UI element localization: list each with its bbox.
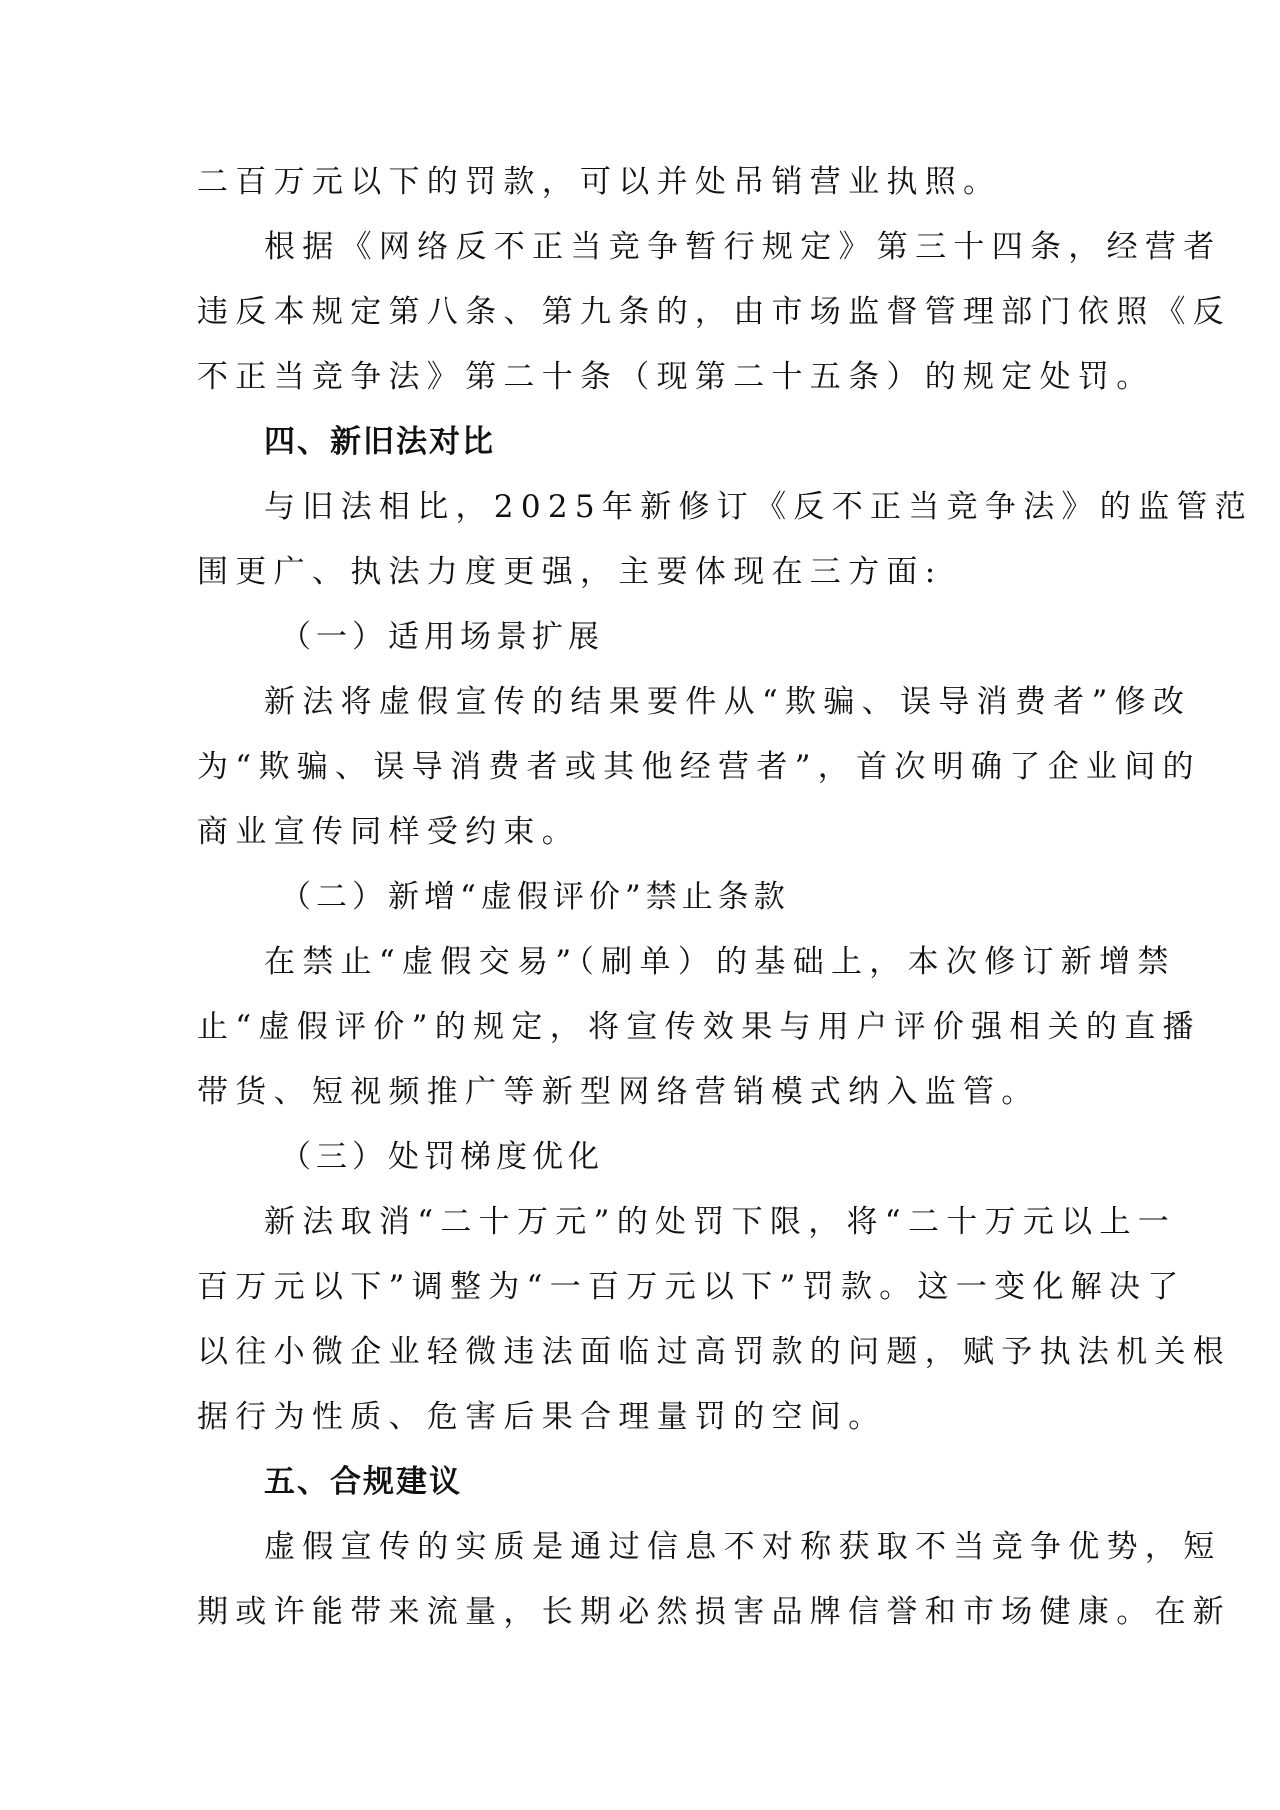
subheading-fake-reviews: （二）新增“虚假评价”禁止条款	[197, 865, 1092, 930]
text-line: 新法取消“二十万元”的处罚下限，将“二十万元以上一	[197, 1190, 1092, 1255]
text-line: 新法将虚假宣传的结果要件从“欺骗、误导消费者”修改	[197, 670, 1092, 735]
document-page: 二百万元以下的罚款，可以并处吊销营业执照。 根据《网络反不正当竞争暂行规定》第三…	[197, 150, 1092, 1645]
text-line: 二百万元以下的罚款，可以并处吊销营业执照。	[197, 150, 1092, 215]
paragraph-continuation: 二百万元以下的罚款，可以并处吊销营业执照。	[197, 150, 1092, 215]
section-heading-comparison: 四、新旧法对比	[197, 410, 1092, 475]
text-line: 为“欺骗、误导消费者或其他经营者”，首次明确了企业间的	[197, 735, 1092, 800]
text-line: 虚假宣传的实质是通过信息不对称获取不当竞争优势，短	[197, 1515, 1092, 1580]
paragraph-regulation-article-34: 根据《网络反不正当竞争暂行规定》第三十四条，经营者 违反本规定第八条、第九条的，…	[197, 215, 1092, 410]
text-line: 围更广、执法力度更强，主要体现在三方面:	[197, 540, 1092, 605]
text-line: 带货、短视频推广等新型网络营销模式纳入监管。	[197, 1060, 1092, 1125]
section-heading-compliance: 五、合规建议	[197, 1450, 1092, 1515]
paragraph-penalty-optimization: 新法取消“二十万元”的处罚下限，将“二十万元以上一 百万元以下”调整为“一百万元…	[197, 1190, 1092, 1450]
text-line: 商业宣传同样受约束。	[197, 800, 1092, 865]
text-line: 据行为性质、危害后果合理量罚的空间。	[197, 1385, 1092, 1450]
text-line: 根据《网络反不正当竞争暂行规定》第三十四条，经营者	[197, 215, 1092, 280]
text-line: 与旧法相比，2025年新修订《反不正当竞争法》的监管范	[197, 475, 1092, 540]
paragraph-scope-expansion: 新法将虚假宣传的结果要件从“欺骗、误导消费者”修改 为“欺骗、误导消费者或其他经…	[197, 670, 1092, 865]
text-line: 百万元以下”调整为“一百万元以下”罚款。这一变化解决了	[197, 1255, 1092, 1320]
text-line: 在禁止“虚假交易”（刷单）的基础上，本次修订新增禁	[197, 930, 1092, 995]
paragraph-fake-reviews: 在禁止“虚假交易”（刷单）的基础上，本次修订新增禁 止“虚假评价”的规定，将宣传…	[197, 930, 1092, 1125]
text-line: 期或许能带来流量，长期必然损害品牌信誉和市场健康。在新	[197, 1580, 1092, 1645]
paragraph-comparison-intro: 与旧法相比，2025年新修订《反不正当竞争法》的监管范 围更广、执法力度更强，主…	[197, 475, 1092, 605]
subheading-penalty-optimization: （三）处罚梯度优化	[197, 1125, 1092, 1190]
text-line: 违反本规定第八条、第九条的，由市场监督管理部门依照《反	[197, 280, 1092, 345]
text-line: 不正当竞争法》第二十条（现第二十五条）的规定处罚。	[197, 345, 1092, 410]
text-line: 止“虚假评价”的规定，将宣传效果与用户评价强相关的直播	[197, 995, 1092, 1060]
paragraph-compliance-advice: 虚假宣传的实质是通过信息不对称获取不当竞争优势，短 期或许能带来流量，长期必然损…	[197, 1515, 1092, 1645]
text-line: 以往小微企业轻微违法面临过高罚款的问题，赋予执法机关根	[197, 1320, 1092, 1385]
subheading-scope-expansion: （一）适用场景扩展	[197, 605, 1092, 670]
